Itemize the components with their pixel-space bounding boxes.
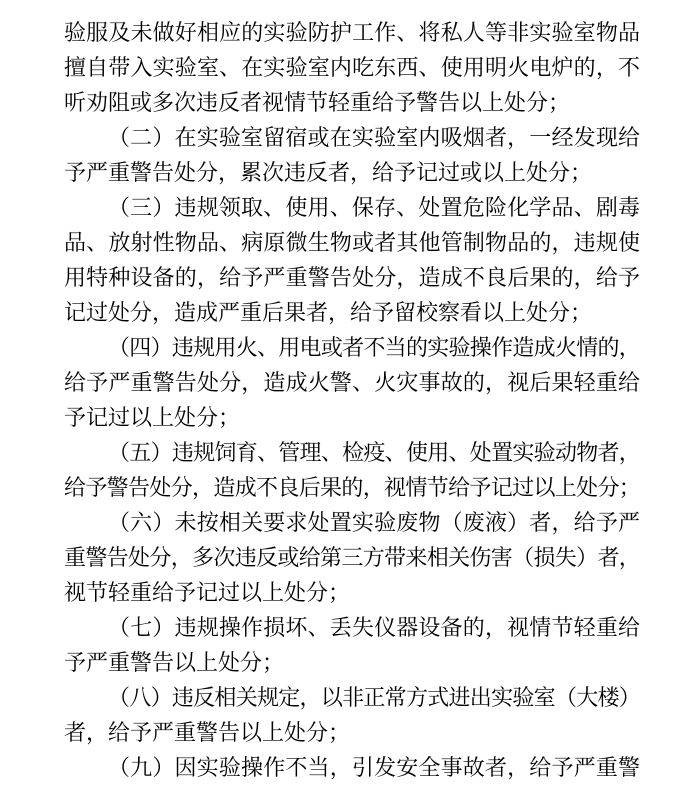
document-body: 验服及未做好相应的实验防护工作、将私人等非实验室物品擅自带入实验室、在实验室内吃…	[64, 15, 640, 785]
text-line: （七）违规操作损坏、丢失仪器设备的，视情节轻重给	[64, 610, 640, 645]
text-line: 记过处分，造成严重后果者，给予留校察看以上处分；	[64, 295, 640, 330]
text-line: 给予警告处分，造成不良后果的，视情节给予记过以上处分；	[64, 470, 640, 505]
document-page: 验服及未做好相应的实验防护工作、将私人等非实验室物品擅自带入实验室、在实验室内吃…	[0, 0, 694, 798]
text-line: （六）未按相关要求处置实验废物（废液）者，给予严	[64, 505, 640, 540]
text-line: 者，给予严重警告以上处分；	[64, 715, 640, 750]
text-line: （二）在实验室留宿或在实验室内吸烟者，一经发现给	[64, 120, 640, 155]
text-line: 听劝阻或多次违反者视情节轻重给予警告以上处分；	[64, 85, 640, 120]
text-line: 擅自带入实验室、在实验室内吃东西、使用明火电炉的，不	[64, 50, 640, 85]
text-line: （四）违规用火、用电或者不当的实验操作造成火情的，	[64, 330, 640, 365]
text-line: 予严重警告以上处分；	[64, 645, 640, 680]
text-line: 用特种设备的，给予严重警告处分，造成不良后果的，给予	[64, 260, 640, 295]
text-line: 予严重警告处分，累次违反者，给予记过或以上处分；	[64, 155, 640, 190]
text-line: （九）因实验操作不当，引发安全事故者，给予严重警	[64, 750, 640, 785]
text-line: 视节轻重给予记过以上处分；	[64, 575, 640, 610]
text-line: 予记过以上处分；	[64, 400, 640, 435]
text-line: （五）违规饲育、管理、检疫、使用、处置实验动物者，	[64, 435, 640, 470]
text-line: 重警告处分，多次违反或给第三方带来相关伤害（损失）者，	[64, 540, 640, 575]
text-line: （八）违反相关规定，以非正常方式进出实验室（大楼）	[64, 680, 640, 715]
text-line: （三）违规领取、使用、保存、处置危险化学品、剧毒	[64, 190, 640, 225]
text-line: 验服及未做好相应的实验防护工作、将私人等非实验室物品	[64, 15, 640, 50]
text-line: 品、放射性物品、病原微生物或者其他管制物品的，违规使	[64, 225, 640, 260]
text-line: 给予严重警告处分，造成火警、火灾事故的，视后果轻重给	[64, 365, 640, 400]
